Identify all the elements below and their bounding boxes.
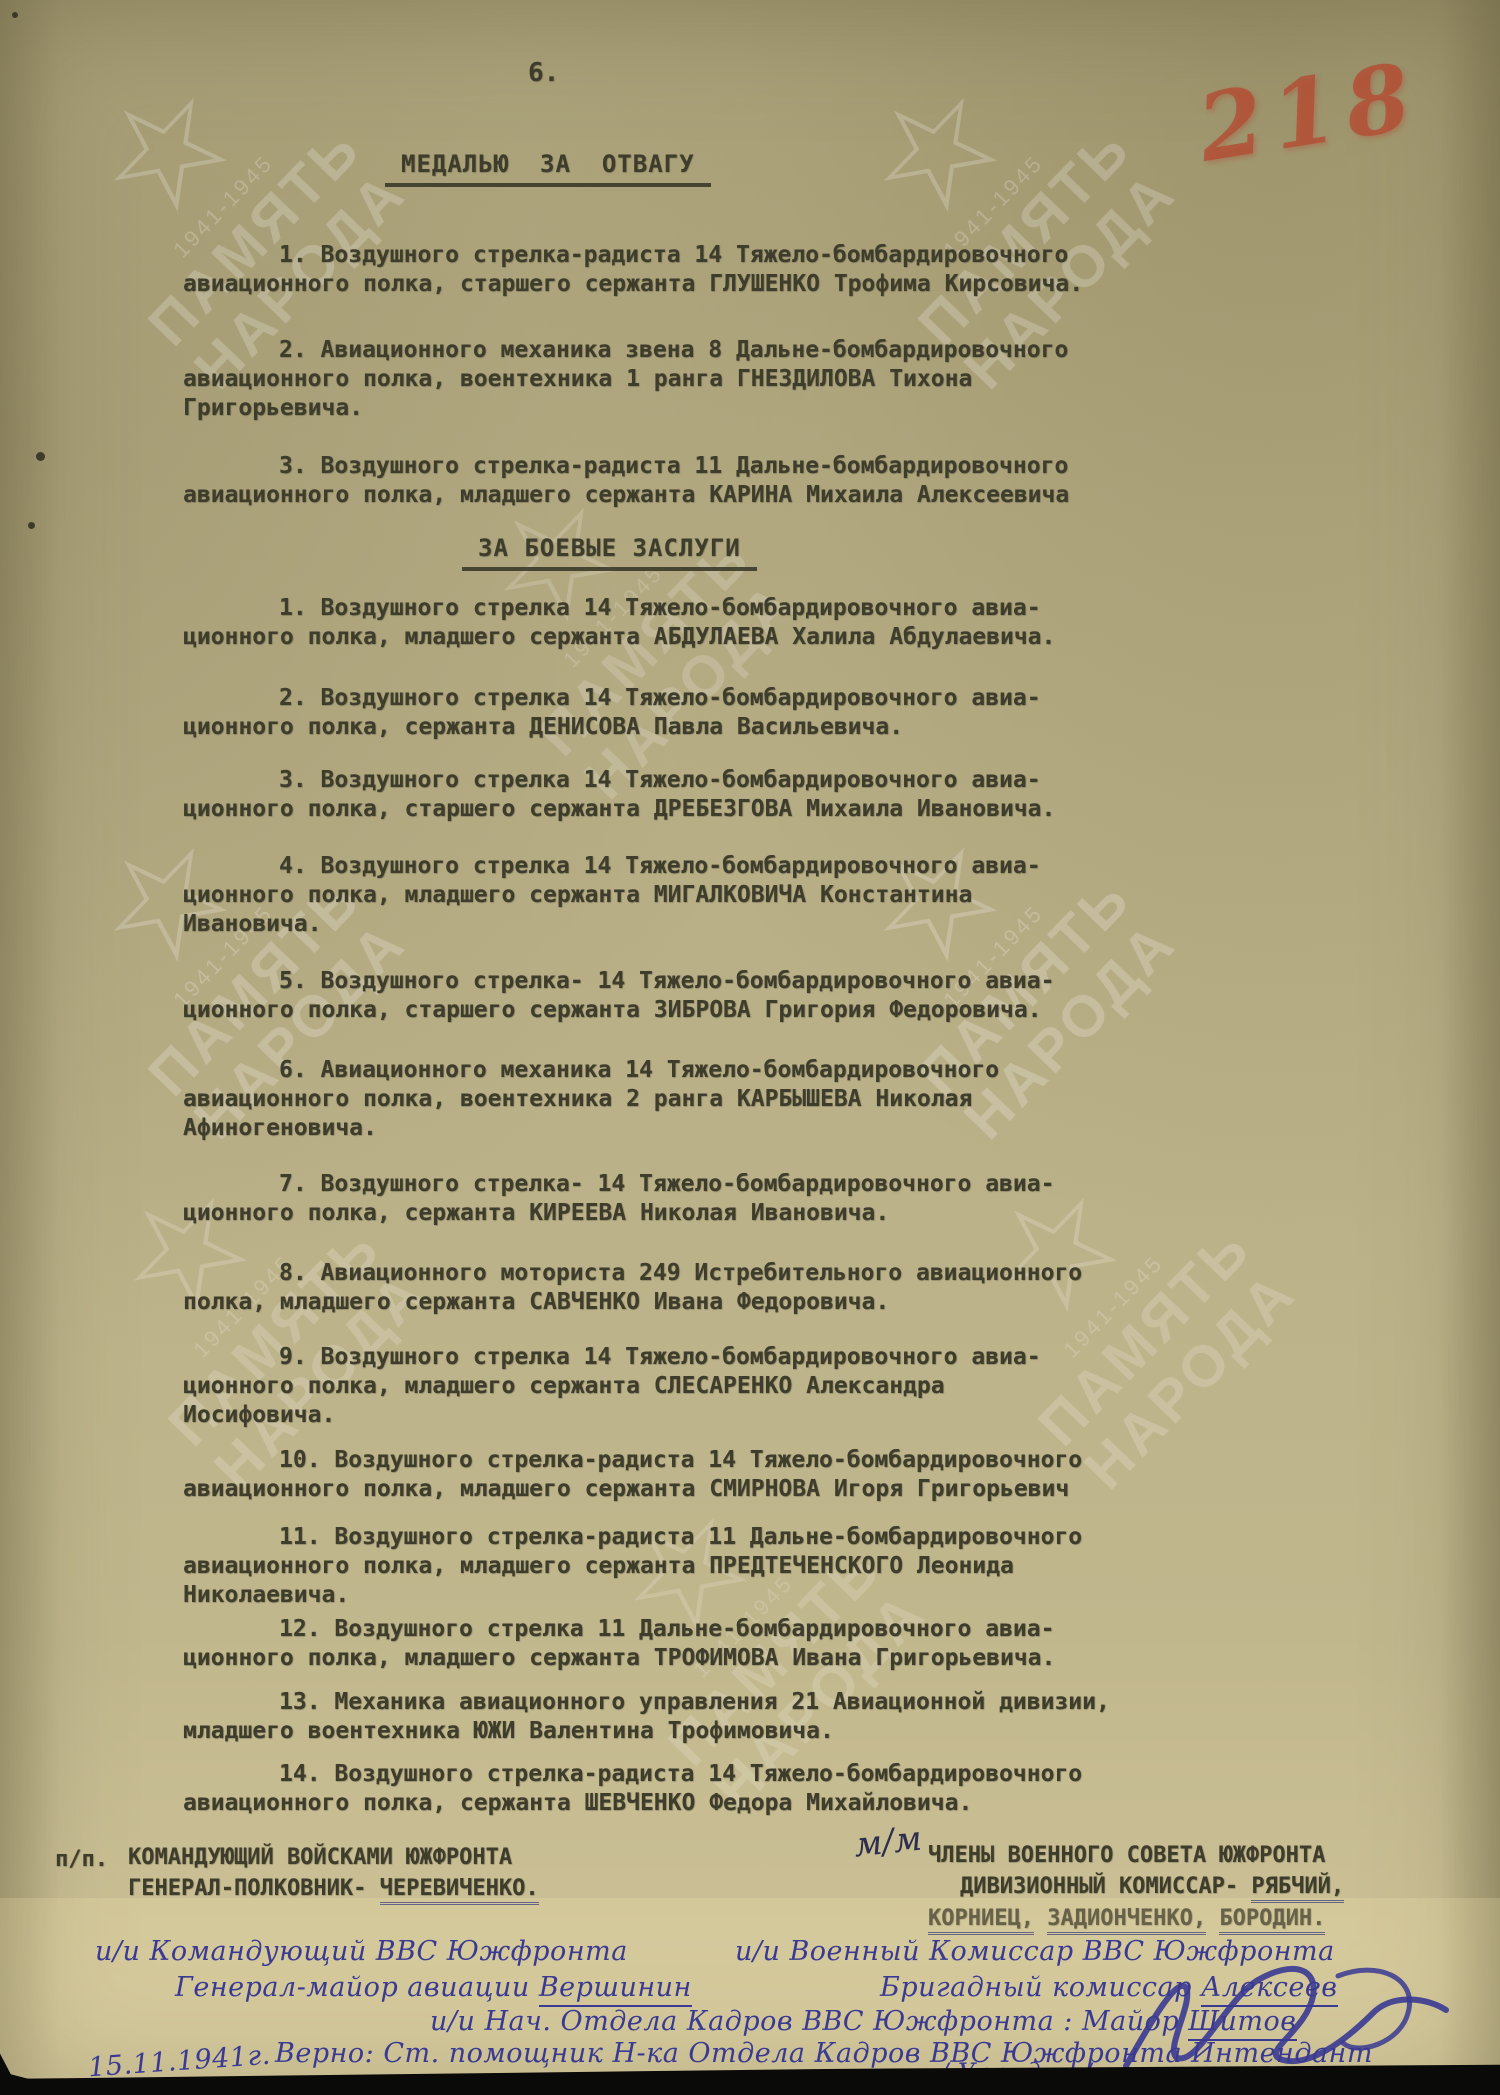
- ink-signature: [1108, 1958, 1458, 2082]
- award-item: 8. Авиационного моториста 249 Истребител…: [183, 1259, 1082, 1317]
- watermark-text-line1: ПАМЯТЬ: [128, 1186, 423, 1488]
- watermark-text-line1: ПАМЯТЬ: [998, 1186, 1293, 1488]
- award-item: 12. Воздушного стрелка 11 Дальне-бомбард…: [183, 1615, 1055, 1673]
- section-title-medal: МЕДАЛЬЮ ЗА ОТВАГУ: [385, 150, 711, 178]
- award-item: 10. Воздушного стрелка-радиста 14 Тяжело…: [183, 1446, 1082, 1504]
- paper-speck: [36, 452, 45, 461]
- handwritten-commander-line2: Генерал-майор авиации Вершинин: [175, 1972, 692, 2003]
- watermark-text-line2: НАРОДА: [1043, 1230, 1338, 1532]
- watermark-years: 1941-1945: [89, 68, 358, 345]
- award-item: 2. Воздушного стрелка 14 Тяжело-бомбарди…: [183, 684, 1041, 742]
- page-number: 6.: [528, 58, 559, 88]
- award-item: 5. Воздушного стрелка- 14 Тяжело-бомбард…: [183, 967, 1054, 1025]
- award-item: 2. Авиационного механика звена 8 Дальне-…: [183, 336, 1068, 423]
- award-item: 3. Воздушного стрелка-радиста 11 Дальне-…: [183, 452, 1069, 510]
- signature-right-line1: ЧЛЕНЫ ВОЕННОГО СОВЕТА ЮЖФРОНТА: [928, 1841, 1325, 1871]
- watermark-years: 1941-1945: [859, 68, 1128, 345]
- award-item: 11. Воздушного стрелка-радиста 11 Дальне…: [183, 1523, 1082, 1610]
- handwritten-cadre-chief-title: и/и Нач. Отдела Кадров ВВС Южфронта : Ма…: [430, 2006, 1188, 2037]
- award-item: 3. Воздушного стрелка 14 Тяжело-бомбарди…: [183, 766, 1055, 824]
- signature-left-line1: КОМАНДУЮЩИЙ ВОЙСКАМИ ЮЖФРОНТА: [128, 1843, 512, 1873]
- award-item: 14. Воздушного стрелка-радиста 14 Тяжело…: [183, 1760, 1082, 1818]
- award-item: 9. Воздушного стрелка 14 Тяжело-бомбарди…: [183, 1343, 1041, 1430]
- paper-speck: [12, 12, 18, 18]
- award-item: 7. Воздушного стрелка- 14 Тяжело-бомбард…: [183, 1170, 1054, 1228]
- red-folio-number: 218: [1191, 41, 1427, 182]
- handwritten-commander-line1: и/и Командующий ВВС Южфронта: [95, 1936, 628, 1967]
- paper-speck: [28, 522, 35, 529]
- handwritten-commander-name: Вершинин: [539, 1972, 692, 2007]
- award-item: 1. Воздушного стрелка 14 Тяжело-бомбарди…: [183, 594, 1055, 652]
- award-item: 4. Воздушного стрелка 14 Тяжело-бомбарди…: [183, 852, 1041, 939]
- section-title-medal-text: МЕДАЛЬЮ ЗА ОТВАГУ: [385, 150, 711, 187]
- award-item: 6. Авиационного механика 14 Тяжело-бомба…: [183, 1056, 999, 1143]
- award-item: 1. Воздушного стрелка-радиста 14 Тяжело-…: [183, 241, 1083, 299]
- section-title-merit: ЗА БОЕВЫЕ ЗАСЛУГИ: [462, 534, 757, 562]
- section-title-merit-text: ЗА БОЕВЫЕ ЗАСЛУГИ: [462, 534, 757, 571]
- handwritten-commander-rank: Генерал-майор авиации: [175, 1972, 539, 2003]
- ink-signature-svg: [1108, 1958, 1458, 2078]
- scanned-document-page: ☆ 1941-1945 ПАМЯТЬ НАРОДА ☆ 1941-1945 ПА…: [0, 0, 1500, 2095]
- signature-right-rank: ДИВИЗИОННЫЙ КОМИССАР-: [960, 1874, 1251, 1899]
- mm-mark: м/м: [852, 1819, 924, 1866]
- pp-mark: п/п.: [55, 1845, 108, 1875]
- award-item: 13. Механика авиационного управления 21 …: [183, 1688, 1110, 1746]
